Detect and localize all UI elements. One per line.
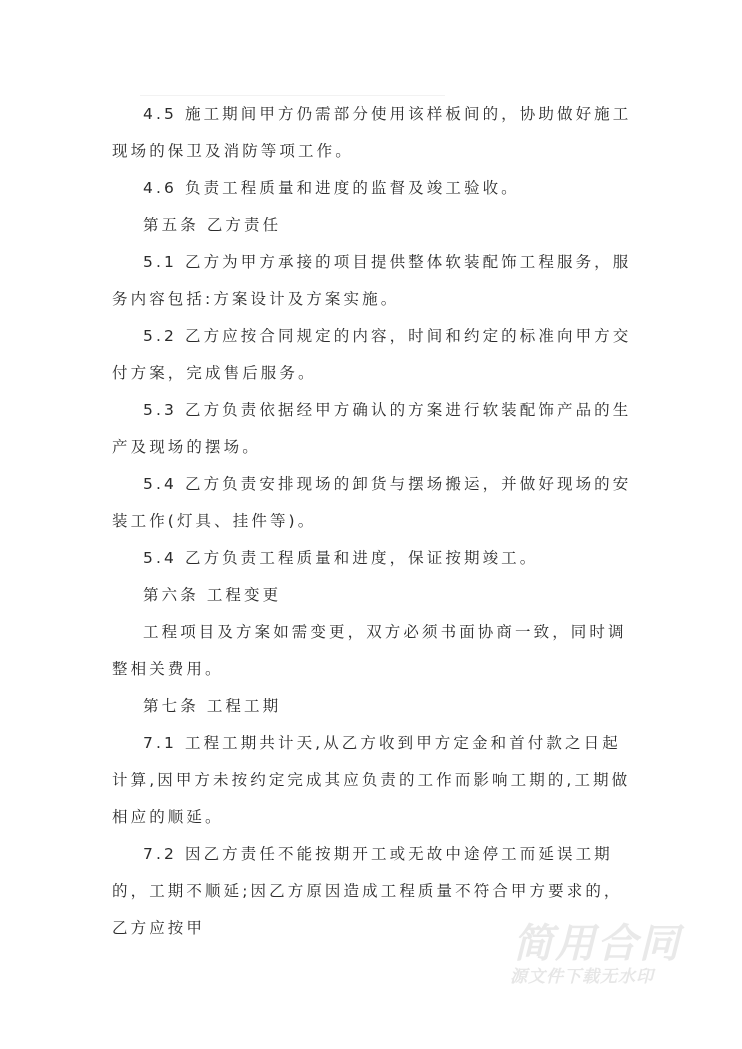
clause-7-1: 7.1 工程工期共计天,从乙方收到甲方定金和首付款之日起计算,因甲方未按约定完成… [112,725,632,836]
document-body: 4.5 施工期间甲方仍需部分使用该样板间的，协助做好施工现场的保卫及消防等项工作… [112,96,632,947]
article-6-body: 工程项目及方案如需变更，双方必须书面协商一致，同时调整相关费用。 [112,614,632,688]
clause-5-2: 5.2 乙方应按合同规定的内容，时间和约定的标准向甲方交付方案，完成售后服务。 [112,318,632,392]
watermark-subtext: 源文件下载无水印 [510,962,654,987]
clause-7-2: 7.2 因乙方责任不能按期开工或无故中途停工而延误工期的，工期不顺延;因乙方原因… [112,836,632,947]
clause-5-4b: 5.4 乙方负责工程质量和进度，保证按期竣工。 [112,540,632,577]
clause-4-6: 4.6 负责工程质量和进度的监督及竣工验收。 [112,170,632,207]
article-6-heading: 第六条 工程变更 [112,577,632,614]
document-page: 4.5 施工期间甲方仍需部分使用该样板间的，协助做好施工现场的保卫及消防等项工作… [0,0,742,1049]
clause-5-3: 5.3 乙方负责依据经甲方确认的方案进行软装配饰产品的生产及现场的摆场。 [112,392,632,466]
clause-5-1: 5.1 乙方为甲方承接的项目提供整体软装配饰工程服务，服务内容包括:方案设计及方… [112,244,632,318]
article-7-heading: 第七条 工程工期 [112,688,632,725]
article-5-heading: 第五条 乙方责任 [112,207,632,244]
clause-5-4a: 5.4 乙方负责安排现场的卸货与摆场搬运，并做好现场的安装工作(灯具、挂件等)。 [112,466,632,540]
clause-4-5: 4.5 施工期间甲方仍需部分使用该样板间的，协助做好施工现场的保卫及消防等项工作… [112,96,632,170]
